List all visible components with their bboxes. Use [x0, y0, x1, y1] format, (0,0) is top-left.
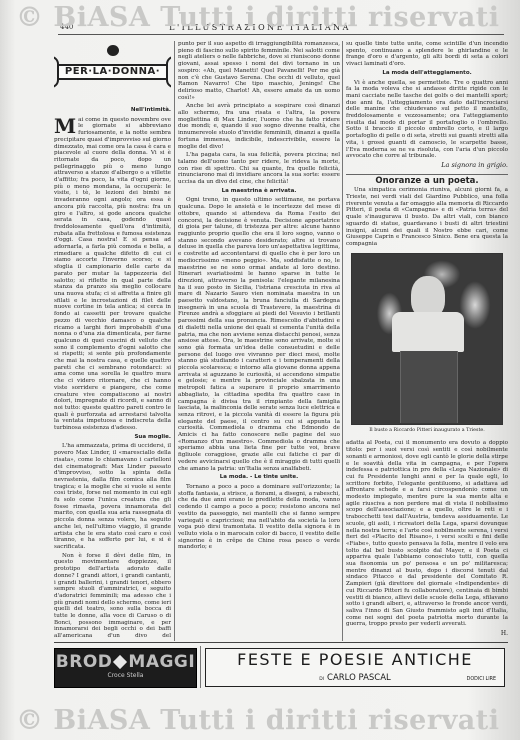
drop-cap: M — [54, 118, 76, 134]
section-title-onoranze: Onoranze a un poeta. — [346, 178, 508, 185]
watermark-bottom: © BiASA Tutti i diritti riservati — [16, 705, 500, 736]
header-rule — [58, 34, 504, 35]
maggi-tagline: Croce Stella — [55, 672, 196, 679]
per-la-donna-banner: PER·LA·DONNA· — [54, 41, 171, 103]
banner-title: PER·LA·DONNA· — [57, 64, 168, 81]
article-paragraph: punto per il suo aspetto di irraggiungib… — [178, 41, 340, 101]
bust-photo — [351, 253, 503, 425]
article-paragraph: Mai come in questo novembre ove le giorn… — [54, 117, 171, 432]
section-rule — [346, 174, 508, 175]
subhead-maestrina: La maestrina è arrivata. — [178, 188, 340, 195]
article-paragraph: Una simpatica cerimonia riunivа, alcuni … — [346, 187, 508, 247]
article-paragraph: su quelle tinte tutte unite, come scinti… — [346, 41, 508, 68]
apple-ornament-icon — [107, 45, 119, 56]
article-paragraph: Tornano a poco a poco a dominare sull'or… — [178, 484, 340, 551]
book-title: FESTE E POESIE ANTICHE — [206, 650, 504, 669]
subhead-atteggiamento: La moda dell'atteggiamento. — [346, 70, 508, 77]
maggi-brand: BRODMAGGI — [55, 652, 196, 672]
column-divider — [342, 41, 343, 641]
column-middle: punto per il suo aspetto di irraggiungib… — [178, 41, 340, 639]
cross-star-icon — [113, 655, 127, 669]
column-per-la-donna: PER·LA·DONNA· Nell'intimità. Mai come in… — [54, 41, 171, 639]
article-paragraph: Ogni treno, in questo ultimo settimane, … — [178, 197, 340, 472]
ad-brodo-maggi: BRODMAGGI Croce Stella — [54, 648, 197, 688]
bust-pedestal — [400, 351, 458, 423]
author-signature: La signora in grigio. — [346, 162, 508, 169]
book-price: DODICI LIRE — [467, 677, 496, 682]
column-right: su quelle tinte tutte unite, come scinti… — [346, 41, 508, 639]
article-paragraph: L'ha pagata cara, la sua felicità, pover… — [178, 152, 340, 186]
article-paragraph: L'ha ammazzata, prima di uccidersi, il p… — [54, 443, 171, 550]
magazine-page: © BiASA Tutti i diritti riservati 440 L'… — [0, 0, 520, 740]
subhead-intimita: Nell'intimità. — [54, 107, 171, 114]
photo-caption: Il busto a Riccardo Pitteri inaugurato a… — [346, 428, 508, 435]
book-author: DICARLO PASCAL — [206, 673, 504, 683]
article-paragraph: Anche lei avrà principiato a sospirare c… — [178, 103, 340, 150]
ad-feste-poesie-antiche: FESTE E POESIE ANTICHE DICARLO PASCAL DO… — [205, 648, 505, 687]
column-divider — [174, 41, 175, 641]
ad-divider — [200, 646, 201, 688]
footer-rule — [54, 642, 508, 643]
subhead-sua-moglie: Sua moglie. — [54, 434, 171, 441]
watermark-top: © BiASA Tutti i diritti riservati — [16, 2, 500, 33]
subhead-tinte-unite: La moda. - Le tinte unite. — [178, 474, 340, 481]
article-paragraph: adatta al Poeta, cui il monumento era do… — [346, 440, 508, 628]
article-paragraph: Vi è anche quella, se permettete. Tre o … — [346, 80, 508, 160]
author-initial: H. — [346, 631, 508, 638]
bust-shoulders — [392, 312, 464, 352]
article-paragraph: Non è forse il dèvi delle film, in quest… — [54, 553, 171, 639]
